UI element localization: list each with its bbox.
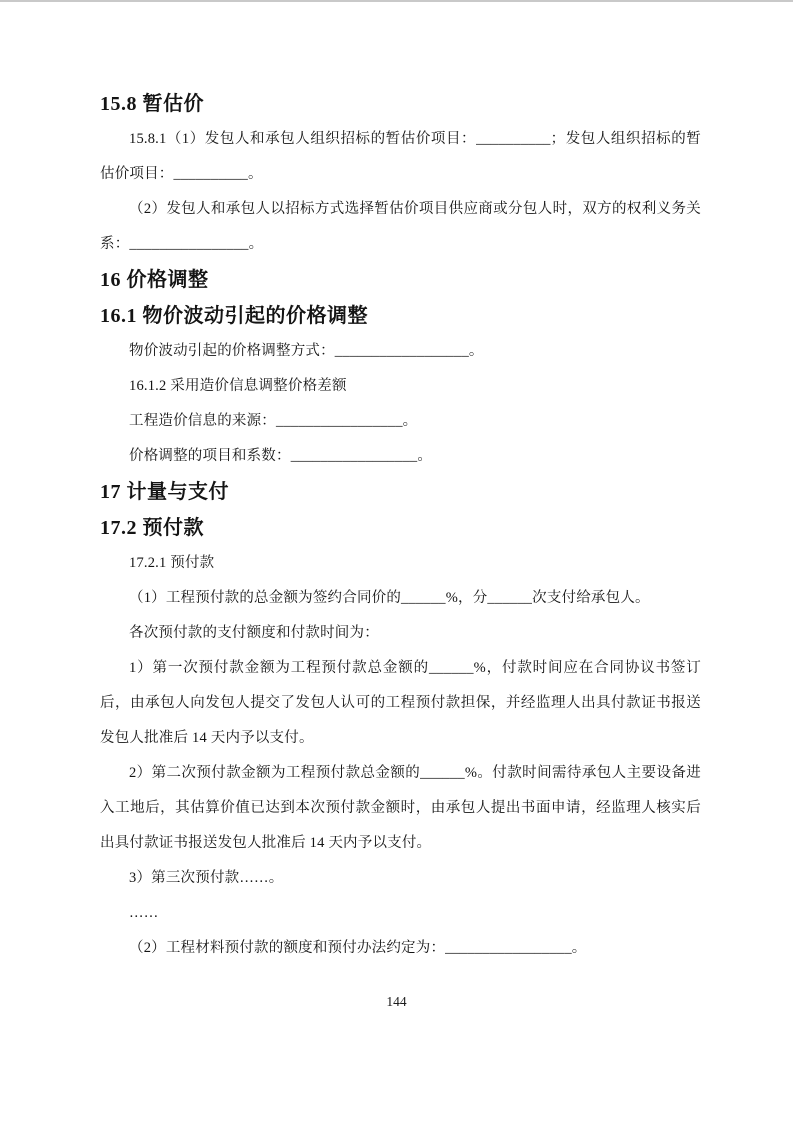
clause-15-8-1-tender-items: 15.8.1（1）发包人和承包人组织招标的暂估价项目：__________；发包… [100, 122, 701, 192]
clause-price-adjustment-method: 物价波动引起的价格调整方式：__________________。 [100, 334, 701, 369]
section-heading-16-1: 16.1 物价波动引起的价格调整 [100, 298, 701, 334]
section-heading-17-2: 17.2 预付款 [100, 510, 701, 546]
clause-prepayment-schedule-intro: 各次预付款的支付额度和付款时间为： [100, 616, 701, 651]
clause-17-2-1-prepayment: 17.2.1 预付款 [100, 546, 701, 581]
clause-second-prepayment: 2）第二次预付款金额为工程预付款总金额的______%。付款时间需待承包人主要设… [100, 756, 701, 861]
clause-cost-info-source: 工程造价信息的来源：_________________。 [100, 404, 701, 439]
page-top-rule [0, 0, 793, 2]
page-number: 144 [0, 992, 793, 1012]
clause-15-8-2-supplier-selection: （2）发包人和承包人以招标方式选择暂估价项目供应商或分包人时，双方的权利义务关系… [100, 192, 701, 262]
clause-material-prepayment: （2）工程材料预付款的额度和预付办法约定为：_________________。 [100, 931, 701, 966]
section-heading-15-8: 15.8 暂估价 [100, 86, 701, 122]
clause-first-prepayment: 1）第一次预付款金额为工程预付款总金额的______%，付款时间应在合同协议书签… [100, 651, 701, 756]
chapter-heading-17: 17 计量与支付 [100, 474, 701, 510]
document-page: 15.8 暂估价 15.8.1（1）发包人和承包人组织招标的暂估价项目：____… [0, 0, 793, 1122]
chapter-heading-16: 16 价格调整 [100, 262, 701, 298]
ellipsis-line: …… [100, 896, 701, 931]
clause-third-prepayment: 3）第三次预付款……。 [100, 861, 701, 896]
clause-adjustment-items-coefficients: 价格调整的项目和系数：_________________。 [100, 439, 701, 474]
clause-16-1-2-cost-info-adjustment: 16.1.2 采用造价信息调整价格差额 [100, 369, 701, 404]
clause-prepayment-total-amount: （1）工程预付款的总金额为签约合同价的______%，分______次支付给承包… [100, 581, 701, 616]
